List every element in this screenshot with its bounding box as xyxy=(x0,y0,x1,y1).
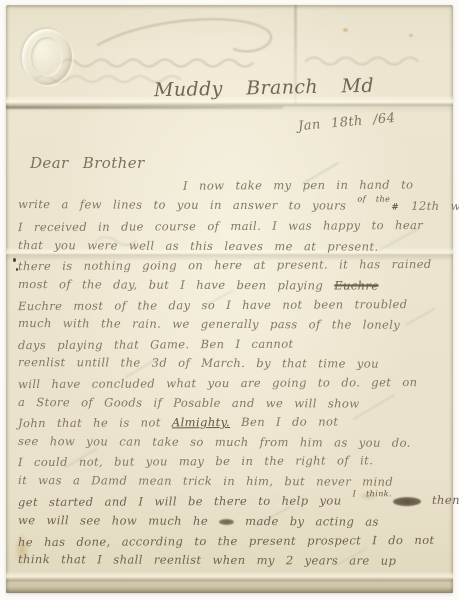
letter-line: see how you can take so much from him as… xyxy=(18,432,452,453)
stain-spot xyxy=(342,27,349,33)
letter-segment: it was a Damd mean trick in him, but nev… xyxy=(18,473,393,489)
letter-line: a Store of Goods if Posable and we will … xyxy=(18,393,452,414)
letter-segment-sup: I think. xyxy=(353,489,392,498)
letter-paper: Muddy Branch Md Jan 18th /64 Dear Brothe… xyxy=(6,5,453,593)
letter-line: I received in due course of mail. I was … xyxy=(18,216,452,238)
letter-segment: he has done, according to the present pr… xyxy=(18,533,435,549)
letter-segment-blot-sm xyxy=(219,519,234,525)
letter-line: I now take my pen in hand to xyxy=(183,175,452,196)
letter-line: write a few lines to you in answer to yo… xyxy=(18,195,452,218)
letter-segment: then xyxy=(421,492,459,506)
letter-segment: get started and I will be there to help … xyxy=(18,493,353,509)
letter-salutation: Dear Brother xyxy=(30,154,145,172)
letter-line: days playing that Game. Ben I cannot xyxy=(18,334,452,356)
letter-segment: most of the day, but I have been playing xyxy=(18,277,334,292)
letter-line: much with the rain. we generally pass of… xyxy=(18,314,452,335)
letter-line: Euchre most of the day so I have not bee… xyxy=(18,294,452,316)
letter-line: reenlist untill the 3d of March. by that… xyxy=(18,353,452,374)
letter-segment: Euchre most of the day so I have not bee… xyxy=(18,297,408,313)
fold-crease-top-ridge xyxy=(6,106,283,109)
scan-background: { "document_type": "handwritten civil-wa… xyxy=(0,0,459,600)
letter-line: get started and I will be there to help … xyxy=(18,490,452,513)
stain-spot xyxy=(408,33,414,38)
letter-segment-strike: Euchre xyxy=(334,278,378,292)
letter-line: I could not, but you may be in the right… xyxy=(18,451,452,473)
letter-segment: reenlist untill the 3d of March. by that… xyxy=(18,355,379,371)
letter-heading-date: Jan 18th /64 xyxy=(298,111,396,134)
letter-segment: write a few lines to you in answer to yo… xyxy=(18,197,357,212)
letter-segment: will have concluded what you are going t… xyxy=(18,375,418,391)
letter-segment: see how you can take so much from him as… xyxy=(18,434,411,450)
letter-segment: days playing that Game. Ben I cannot xyxy=(18,336,294,351)
letter-segment: I received in due course of mail. I was … xyxy=(18,218,423,234)
letter-line: most of the day, but I have been playing… xyxy=(18,275,452,296)
letter-segment-blot xyxy=(393,496,421,505)
letter-segment: a Store of Goods if Posable and we will … xyxy=(18,395,360,410)
letter-line: there is nothing going on here at presen… xyxy=(18,255,452,277)
letter-segment: I now take my pen in hand to xyxy=(183,177,413,192)
letter-line: John that he is not Almighty. Ben I do n… xyxy=(18,412,452,434)
letter-line: think that I shall reenlist when my 2 ye… xyxy=(18,550,452,571)
letter-line: will have concluded what you are going t… xyxy=(18,373,452,395)
letter-segment: think that I shall reenlist when my 2 ye… xyxy=(18,552,396,568)
letter-line: he has done, according to the present pr… xyxy=(18,531,452,553)
letter-segment: made by acting as xyxy=(234,514,379,529)
letter-heading-place: Muddy Branch Md xyxy=(154,75,374,102)
letter-segment-sup: of the xyxy=(357,194,390,203)
ink-speck xyxy=(13,258,16,262)
letter-segment: there is nothing going on here at presen… xyxy=(18,257,432,273)
letter-segment: John that he is not xyxy=(18,415,172,430)
letter-line: we will see how much he made by acting a… xyxy=(18,511,452,532)
embossed-paper-stamp xyxy=(22,29,72,85)
letter-segment-caret: # xyxy=(391,202,399,212)
letter-segment: I could not, but you may be in the right… xyxy=(18,454,373,470)
letter-segment-u: Almighty. xyxy=(172,415,230,429)
letter-body: I now take my pen in hand towrite a few … xyxy=(18,176,452,571)
letter-segment: much with the rain. we generally pass of… xyxy=(18,316,400,332)
letter-segment: we will see how much he xyxy=(18,513,219,528)
letter-line: that you were well as this leaves me at … xyxy=(18,236,452,257)
fold-crease-bottom xyxy=(6,571,453,587)
letter-segment: 12th which xyxy=(400,198,459,212)
letter-segment: that you were well as this leaves me at … xyxy=(18,238,379,254)
letter-segment: Ben I do not xyxy=(230,415,338,430)
